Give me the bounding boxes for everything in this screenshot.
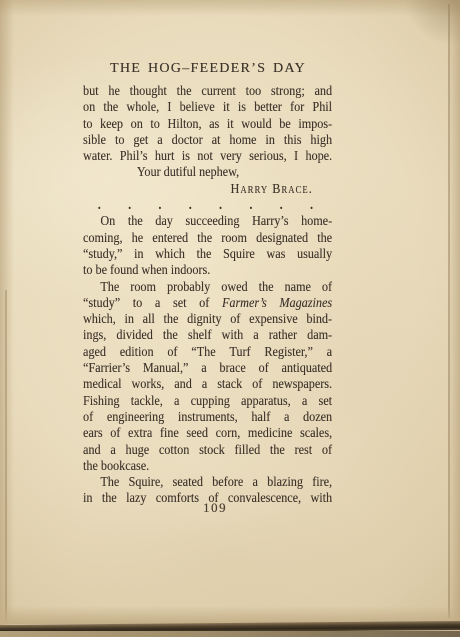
text-line: which,inallthedignityofexpensivebind- [83, 312, 332, 328]
word: which, [83, 312, 116, 328]
word: in [134, 247, 143, 263]
word: owed [221, 280, 247, 296]
text-line: agededitionof“TheTurfRegister,”a [83, 345, 332, 361]
word: On [100, 214, 115, 230]
word: cupping [191, 394, 230, 410]
word: Phil [312, 100, 332, 116]
word: ings, [83, 328, 106, 344]
word: antiquated [282, 361, 333, 377]
word: is [238, 100, 246, 116]
text-line: andahugecottonstockfilledtherestof [83, 443, 332, 459]
word: of [259, 361, 269, 377]
text-line: TheSquire,seatedbeforeablazingfire, [83, 475, 332, 491]
word: it [227, 117, 234, 133]
word: I [294, 149, 298, 165]
word: he [108, 84, 119, 100]
separator-dot: . [98, 198, 101, 214]
scanned-book-page: THE HOG–FEEDER’S DAY buthethoughtthecurr… [0, 0, 460, 637]
word: high [310, 133, 332, 149]
word: scales, [300, 426, 332, 442]
word: to [150, 117, 159, 133]
word: the [103, 100, 118, 116]
word: for [290, 100, 304, 116]
text-line: Harry Brace. [83, 182, 332, 198]
word: was [266, 247, 285, 263]
word: of [322, 443, 332, 459]
word: the [197, 247, 212, 263]
text-line: “study,”inwhichtheSquirewasusually [83, 247, 332, 263]
text-line: coming,heenteredtheroomdesignatedthe [83, 231, 332, 247]
word: room [221, 231, 247, 247]
page-number: 109 [83, 500, 347, 516]
word: of [322, 280, 332, 296]
word: the [317, 231, 332, 247]
word: fine [160, 426, 179, 442]
word: half [251, 410, 270, 426]
word: medical [83, 377, 121, 393]
word: instruments, [178, 410, 238, 426]
text-line: buthethoughtthecurrenttoostrong;and [83, 84, 332, 100]
text-line: ofengineeringinstruments,halfadozen [83, 410, 332, 426]
word: the [259, 280, 274, 296]
word: on [83, 100, 95, 116]
word: dam- [307, 328, 332, 344]
word: set [173, 296, 187, 312]
text-line: sibletogetadoctorathomeinthishigh [83, 133, 332, 149]
word: but [83, 84, 99, 100]
word: as [209, 117, 219, 133]
word: “Farrier’s [83, 361, 130, 377]
word: of [252, 377, 262, 393]
word: would [241, 117, 271, 133]
word: Squire, [129, 475, 164, 491]
word: seed [186, 426, 208, 442]
word: on [131, 117, 143, 133]
word: usually [297, 247, 332, 263]
text-line: onthewhole,IbelieveitisbetterforPhil [83, 100, 332, 116]
word: the [270, 443, 285, 459]
word: whole, [126, 100, 159, 116]
word: name [285, 280, 311, 296]
separator-dot: . [280, 198, 283, 214]
word: before [212, 475, 243, 491]
word: very [220, 149, 242, 165]
word: a [253, 328, 258, 344]
word: a [202, 377, 207, 393]
word: of [83, 410, 93, 426]
word: in [124, 312, 133, 328]
word: better [254, 100, 282, 116]
word: is [182, 149, 190, 165]
word: believe [180, 100, 215, 116]
word: a [174, 394, 179, 410]
text-line: Theroomprobablyowedthenameof [83, 280, 332, 296]
word: at [212, 133, 221, 149]
book-bottom-edge [0, 631, 460, 637]
word: to [133, 296, 142, 312]
word: thought [130, 84, 167, 100]
word: aged [83, 345, 106, 361]
word: Turf [229, 345, 250, 361]
word: serious, [249, 149, 286, 165]
word: home [229, 133, 256, 149]
text-line: the bookcase. [83, 459, 332, 475]
word: to [83, 117, 92, 133]
word: this [284, 133, 302, 149]
word: Magazines [279, 296, 332, 312]
word: coming, [83, 231, 122, 247]
word: a [201, 361, 206, 377]
word: blazing [267, 475, 303, 491]
word: the [197, 231, 212, 247]
word: stack [217, 377, 242, 393]
text-line: to be found when indoors. [83, 263, 332, 279]
word: designated [256, 231, 308, 247]
word: and [315, 84, 333, 100]
word: Register,” [264, 345, 312, 361]
text-line: “study”toasetofFarmer’sMagazines [83, 296, 332, 312]
word: “The [191, 345, 215, 361]
word: divided [116, 328, 152, 344]
word: ears [83, 426, 103, 442]
word: The [100, 280, 119, 296]
word: sible [83, 133, 106, 149]
separator-dot: . [310, 198, 313, 214]
word: rest [295, 443, 313, 459]
word: seated [173, 475, 203, 491]
word: hope. [305, 149, 332, 165]
word: extra [128, 426, 152, 442]
word: fire, [312, 475, 332, 491]
word: the [177, 84, 192, 100]
page-top-edge-shade [0, 0, 460, 16]
word: Phil’s [120, 149, 148, 165]
word: strong; [271, 84, 305, 100]
word: newspapers. [272, 377, 332, 393]
word: a [327, 345, 332, 361]
word: doctor [172, 133, 203, 149]
text-line: water.Phil’shurtisnotveryserious,Ihope. [83, 149, 332, 165]
word: engineering [107, 410, 164, 426]
word: “study,” [83, 247, 122, 263]
word: “study” [83, 296, 120, 312]
word: Fishing [83, 394, 119, 410]
word: shelf [188, 328, 212, 344]
word: a [155, 296, 160, 312]
word: a [157, 133, 162, 149]
word: tackle, [131, 394, 163, 410]
section-separator-dots: ........ [83, 198, 332, 214]
word: a [252, 475, 257, 491]
page-left-edge-shade [0, 0, 14, 627]
word: Farmer’s [222, 296, 267, 312]
text-line: “Farrier’sManual,”abraceofantiquated [83, 361, 332, 377]
word: huge [126, 443, 150, 459]
word: corn, [216, 426, 241, 442]
word: works, [131, 377, 164, 393]
word: in [265, 133, 274, 149]
word: impos- [298, 117, 332, 133]
word: I [167, 100, 171, 116]
word: succeeding [185, 214, 239, 230]
word: bind- [306, 312, 332, 328]
word: Squire [223, 247, 255, 263]
text-line: medicalworks,andastackofnewspapers. [83, 377, 332, 393]
word: current [201, 84, 235, 100]
word: keep [100, 117, 123, 133]
word: which [155, 247, 185, 263]
word: expensive [249, 312, 298, 328]
word: to [115, 133, 124, 149]
word: too [246, 84, 262, 100]
word: not [197, 149, 213, 165]
word: dignity [187, 312, 221, 328]
page-left-edge-line [5, 290, 7, 623]
word: filled [235, 443, 261, 459]
word: of [167, 345, 177, 361]
word: medicine [248, 426, 293, 442]
separator-dot: . [249, 198, 252, 214]
word: it [223, 100, 230, 116]
text-line: Your dutiful nephew, [83, 165, 332, 181]
text-line: earsofextrafineseedcorn,medicinescales, [83, 426, 332, 442]
word: get [133, 133, 148, 149]
word: room [130, 280, 156, 296]
word: the [163, 328, 178, 344]
word: stock [199, 443, 225, 459]
word: probably [167, 280, 210, 296]
word: of [230, 312, 240, 328]
word: brace [219, 361, 245, 377]
word: a [302, 394, 307, 410]
word: edition [120, 345, 154, 361]
word: all [143, 312, 155, 328]
word: set [319, 394, 333, 410]
word: dozen [303, 410, 332, 426]
word: of [199, 296, 209, 312]
word: the [164, 312, 179, 328]
word: be [279, 117, 290, 133]
word: he [132, 231, 143, 247]
separator-dot: . [189, 198, 192, 214]
text-line: tokeepontoHilton,asitwouldbeimpos- [83, 117, 332, 133]
word: hurt [155, 149, 175, 165]
word: a [110, 443, 115, 459]
word: home- [301, 214, 332, 230]
word: Manual,” [143, 361, 189, 377]
word: day [155, 214, 173, 230]
word: entered [152, 231, 188, 247]
word: and [83, 443, 101, 459]
word: of [110, 426, 120, 442]
page-right-edge-line [448, 4, 450, 618]
word: apparatus, [241, 394, 291, 410]
word: a [284, 410, 289, 426]
text-line: Fishingtackle,acuppingapparatus,aset [83, 394, 332, 410]
text-line: ings,dividedtheshelfwitharatherdam- [83, 328, 332, 344]
word: cotton [159, 443, 189, 459]
separator-dot: . [128, 198, 131, 214]
word: Harry’s [252, 214, 288, 230]
word: rather [269, 328, 297, 344]
separator-dot: . [219, 198, 222, 214]
running-header: THE HOG–FEEDER’S DAY [83, 61, 333, 77]
page-text: buthethoughtthecurrenttoostrong;andonthe… [83, 84, 332, 508]
word: water. [83, 149, 112, 165]
word: with [222, 328, 244, 344]
word: the [128, 214, 143, 230]
word: and [174, 377, 192, 393]
word: The [100, 475, 119, 491]
separator-dot: . [158, 198, 161, 214]
word: Hilton, [167, 117, 201, 133]
text-line: OnthedaysucceedingHarry’shome- [83, 214, 332, 230]
